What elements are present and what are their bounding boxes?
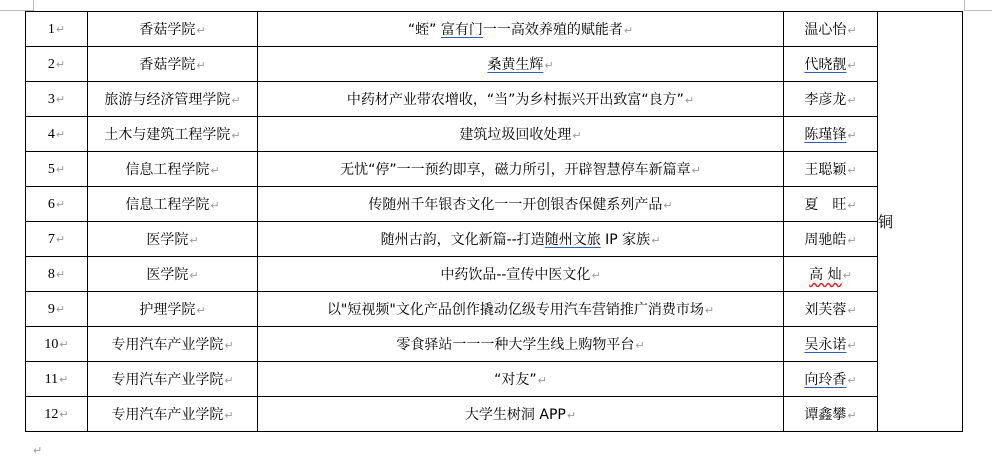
paragraph-mark-icon: ↵ <box>56 198 65 211</box>
paragraph-mark-icon: ↵ <box>33 444 42 457</box>
paragraph-mark-icon: ↵ <box>538 374 547 387</box>
table-row: 1↵香菇学院↵“蛭” 富有门一一高效养殖的赋能者↵温心怡↵铜 奖↵ <box>26 12 963 47</box>
paragraph-mark-icon: ↵ <box>56 93 65 106</box>
row-number: 12 <box>44 407 58 422</box>
student-name: 陈瑾锋 <box>804 127 846 143</box>
paragraph-mark-icon: ↵ <box>847 374 856 387</box>
paragraph-mark-icon: ↵ <box>847 304 856 317</box>
cell-project[interactable]: 零食驿站一一一种大学生线上购物平台↵ <box>258 327 784 362</box>
cell-student[interactable]: 向玲香↵ <box>784 362 878 397</box>
cell-college[interactable]: 信息工程学院↵ <box>88 187 258 222</box>
project-title-underlined: 随州文旅 <box>545 232 601 248</box>
cell-college[interactable]: 旅游与经济管理学院↵ <box>88 82 258 117</box>
cell-college[interactable]: 香菇学院↵ <box>88 12 258 47</box>
page-margin-corner-top-right <box>964 0 992 11</box>
cell-project[interactable]: “对友”↵ <box>258 362 784 397</box>
student-name: 周驰皓 <box>804 232 846 248</box>
cell-student[interactable]: 代晓靓↵ <box>784 47 878 82</box>
table-row: 5↵信息工程学院↵无忧“停”一一预约即享，磁力所引，开辟智慧停车新篇章↵王聪颖↵ <box>26 152 963 187</box>
cell-number[interactable]: 11↵ <box>26 362 88 397</box>
project-title: 建筑垃圾回收处理 <box>459 127 571 143</box>
row-number: 2 <box>48 57 55 72</box>
student-name: 夏 旺 <box>804 197 846 213</box>
college-name: 护理学院 <box>139 302 195 318</box>
college-name: 医学院 <box>146 267 188 283</box>
cell-student[interactable]: 高 灿↵ <box>784 257 878 292</box>
project-title-suffix: 一一高效养殖的赋能者 <box>483 22 623 38</box>
row-number: 10 <box>44 337 58 352</box>
paragraph-mark-icon: ↵ <box>847 409 856 422</box>
paragraph-mark-icon: ↵ <box>224 374 233 387</box>
cell-student[interactable]: 周驰皓↵ <box>784 222 878 257</box>
paragraph-mark-icon: ↵ <box>210 164 219 177</box>
cell-project[interactable]: 随州古韵，文化新篇--打造随州文旅 IP 家族↵ <box>258 222 784 257</box>
paragraph-mark-icon: ↵ <box>847 94 856 107</box>
student-name: 温心怡 <box>804 22 846 38</box>
paragraph-mark-icon: ↵ <box>189 269 198 282</box>
table-row: 4↵土木与建筑工程学院↵建筑垃圾回收处理↵陈瑾锋↵ <box>26 117 963 152</box>
cell-project[interactable]: 大学生树洞 APP↵ <box>258 397 784 432</box>
paragraph-mark-icon: ↵ <box>685 94 694 107</box>
cell-college[interactable]: 医学院↵ <box>88 222 258 257</box>
student-name: 代晓靓 <box>804 57 846 73</box>
paragraph-mark-icon: ↵ <box>224 409 233 422</box>
cell-project[interactable]: 桑黄生辉↵ <box>258 47 784 82</box>
cell-number[interactable]: 8↵ <box>26 257 88 292</box>
cell-number[interactable]: 1↵ <box>26 12 88 47</box>
project-title: 零食驿站一一一种大学生线上购物平台 <box>396 337 634 353</box>
cell-number[interactable]: 7↵ <box>26 222 88 257</box>
cell-number[interactable]: 4↵ <box>26 117 88 152</box>
project-title: 大学生树洞 APP <box>465 407 566 423</box>
cell-college[interactable]: 专用汽车产业学院↵ <box>88 362 258 397</box>
paragraph-mark-icon: ↵ <box>56 23 65 36</box>
cell-college[interactable]: 专用汽车产业学院↵ <box>88 327 258 362</box>
table-row: 7↵医学院↵随州古韵，文化新篇--打造随州文旅 IP 家族↵周驰皓↵ <box>26 222 963 257</box>
paragraph-mark-icon: ↵ <box>56 303 65 316</box>
cell-project[interactable]: “蛭” 富有门一一高效养殖的赋能者↵ <box>258 12 784 47</box>
student-name: 刘芙蓉 <box>804 302 846 318</box>
paragraph-mark-icon: ↵ <box>624 24 633 37</box>
table-row: 3↵旅游与经济管理学院↵中药材产业带农增收，“当”为乡村振兴开出致富“良方”↵李… <box>26 82 963 117</box>
college-name: 医学院 <box>146 232 188 248</box>
cell-number[interactable]: 12↵ <box>26 397 88 432</box>
table-row: 9↵护理学院↵以"短视频"文化产品创作撬动亿级专用汽车营销推广消费市场↵刘芙蓉↵ <box>26 292 963 327</box>
cell-college[interactable]: 医学院↵ <box>88 257 258 292</box>
paragraph-mark-icon: ↵ <box>59 338 68 351</box>
college-name: 信息工程学院 <box>125 197 209 213</box>
paragraph-mark-icon: ↵ <box>59 408 68 421</box>
paragraph-mark-icon: ↵ <box>231 129 240 142</box>
cell-number[interactable]: 10↵ <box>26 327 88 362</box>
paragraph-mark-icon: ↵ <box>847 24 856 37</box>
paragraph-mark-icon: ↵ <box>847 199 856 212</box>
cell-student[interactable]: 王聪颖↵ <box>784 152 878 187</box>
college-name: 专用汽车产业学院 <box>111 407 223 423</box>
cell-student[interactable]: 李彦龙↵ <box>784 82 878 117</box>
cell-student[interactable]: 吴永诺↵ <box>784 327 878 362</box>
paragraph-mark-icon: ↵ <box>843 269 852 282</box>
paragraph-mark-icon: ↵ <box>56 163 65 176</box>
cell-college[interactable]: 土木与建筑工程学院↵ <box>88 117 258 152</box>
cell-project[interactable]: 建筑垃圾回收处理↵ <box>258 117 784 152</box>
row-number: 6 <box>48 197 55 212</box>
award-level: 铜 奖 <box>878 213 963 231</box>
cell-number[interactable]: 5↵ <box>26 152 88 187</box>
cell-number[interactable]: 3↵ <box>26 82 88 117</box>
cell-project[interactable]: 无忧“停”一一预约即享，磁力所引，开辟智慧停车新篇章↵ <box>258 152 784 187</box>
paragraph-mark-icon: ↵ <box>196 304 205 317</box>
paragraph-mark-icon: ↵ <box>56 268 65 281</box>
cell-project[interactable]: 中药材产业带农增收，“当”为乡村振兴开出致富“良方”↵ <box>258 82 784 117</box>
project-title: “蛭” <box>408 22 441 38</box>
college-name: 香菇学院 <box>139 22 195 38</box>
paragraph-mark-icon: ↵ <box>692 164 701 177</box>
student-name: 吴永诺 <box>804 337 846 353</box>
paragraph-mark-icon: ↵ <box>847 164 856 177</box>
cell-college[interactable]: 护理学院↵ <box>88 292 258 327</box>
paragraph-mark-icon: ↵ <box>231 94 240 107</box>
project-title-underlined: 桑黄生辉 <box>487 57 543 73</box>
project-title: “对友” <box>494 372 537 388</box>
award-table: 1↵香菇学院↵“蛭” 富有门一一高效养殖的赋能者↵温心怡↵铜 奖↵2↵香菇学院↵… <box>25 11 963 432</box>
paragraph-mark-icon: ↵ <box>59 373 68 386</box>
cell-number[interactable]: 9↵ <box>26 292 88 327</box>
paragraph-mark-icon: ↵ <box>210 199 219 212</box>
paragraph-mark-icon: ↵ <box>847 234 856 247</box>
student-name: 向玲香 <box>804 372 846 388</box>
cell-project[interactable]: 中药饮品--宣传中医文化↵ <box>258 257 784 292</box>
row-number: 5 <box>48 162 55 177</box>
row-number: 7 <box>48 232 55 247</box>
paragraph-mark-icon: ↵ <box>847 59 856 72</box>
paragraph-mark-icon: ↵ <box>56 233 65 246</box>
project-title: 随州古韵，文化新篇--打造 <box>381 232 545 248</box>
table-row: 12↵专用汽车产业学院↵大学生树洞 APP↵谭鑫攀↵ <box>26 397 963 432</box>
paragraph-mark-icon: ↵ <box>56 128 65 141</box>
cell-college[interactable]: 香菇学院↵ <box>88 47 258 82</box>
table-row: 11↵专用汽车产业学院↵“对友”↵向玲香↵ <box>26 362 963 397</box>
college-name: 香菇学院 <box>139 57 195 73</box>
cell-number[interactable]: 2↵ <box>26 47 88 82</box>
row-number: 4 <box>48 127 55 142</box>
paragraph-mark-icon: ↵ <box>196 24 205 37</box>
cell-student[interactable]: 刘芙蓉↵ <box>784 292 878 327</box>
row-number: 9 <box>48 302 55 317</box>
cell-student[interactable]: 夏 旺↵ <box>784 187 878 222</box>
row-number: 11 <box>45 372 58 387</box>
student-name: 李彦龙 <box>804 92 846 108</box>
paragraph-mark-icon: ↵ <box>224 339 233 352</box>
student-name: 高 灿 <box>809 267 841 283</box>
row-number: 3 <box>48 92 55 107</box>
table-row: 10↵专用汽车产业学院↵零食驿站一一一种大学生线上购物平台↵吴永诺↵ <box>26 327 963 362</box>
college-name: 专用汽车产业学院 <box>111 337 223 353</box>
award-table-body: 1↵香菇学院↵“蛭” 富有门一一高效养殖的赋能者↵温心怡↵铜 奖↵2↵香菇学院↵… <box>26 12 963 432</box>
page-margin-corner-top-left <box>0 0 34 11</box>
paragraph-mark-icon: ↵ <box>847 129 856 142</box>
paragraph-mark-icon: ↵ <box>663 199 672 212</box>
college-name: 信息工程学院 <box>125 162 209 178</box>
cell-student[interactable]: 温心怡↵ <box>784 12 878 47</box>
cell-project[interactable]: 传随州千年银杏文化一一开创银杏保健系列产品↵ <box>258 187 784 222</box>
table-row: 6↵信息工程学院↵传随州千年银杏文化一一开创银杏保健系列产品↵夏 旺↵ <box>26 187 963 222</box>
college-name: 专用汽车产业学院 <box>111 372 223 388</box>
paragraph-mark-icon: ↵ <box>196 59 205 72</box>
paragraph-mark-icon: ↵ <box>567 409 576 422</box>
cell-student[interactable]: 谭鑫攀↵ <box>784 397 878 432</box>
college-name: 土木与建筑工程学院 <box>104 127 230 143</box>
student-name: 王聪颖 <box>804 162 846 178</box>
paragraph-mark-icon: ↵ <box>705 304 714 317</box>
project-title: 无忧“停”一一预约即享，磁力所引，开辟智慧停车新篇章 <box>340 162 691 178</box>
table-row: 2↵香菇学院↵桑黄生辉↵代晓靓↵ <box>26 47 963 82</box>
row-number: 8 <box>48 267 55 282</box>
paragraph-mark-icon: ↵ <box>572 129 581 142</box>
project-title: 中药材产业带农增收，“当”为乡村振兴开出致富“良方” <box>347 92 684 108</box>
paragraph-mark-icon: ↵ <box>847 339 856 352</box>
student-name: 谭鑫攀 <box>804 407 846 423</box>
project-title-underlined: 富有门 <box>441 22 483 38</box>
paragraph-mark-icon: ↵ <box>651 234 660 247</box>
project-title: 传随州千年银杏文化一一开创银杏保健系列产品 <box>368 197 662 213</box>
college-name: 旅游与经济管理学院 <box>104 92 230 108</box>
cell-project[interactable]: 以"短视频"文化产品创作撬动亿级专用汽车营销推广消费市场↵ <box>258 292 784 327</box>
cell-award[interactable]: 铜 奖↵ <box>878 12 963 432</box>
project-title-suffix: IP 家族 <box>601 232 650 248</box>
row-number: 1 <box>48 22 55 37</box>
cell-college[interactable]: 专用汽车产业学院↵ <box>88 397 258 432</box>
cell-student[interactable]: 陈瑾锋↵ <box>784 117 878 152</box>
project-title: 以"短视频"文化产品创作撬动亿级专用汽车营销推广消费市场 <box>327 302 704 318</box>
paragraph-mark-icon: ↵ <box>189 234 198 247</box>
paragraph-mark-icon: ↵ <box>635 339 644 352</box>
paragraph-mark-icon: ↵ <box>591 269 600 282</box>
cell-college[interactable]: 信息工程学院↵ <box>88 152 258 187</box>
paragraph-mark-icon: ↵ <box>544 59 553 72</box>
project-title: 中药饮品--宣传中医文化 <box>440 267 590 283</box>
table-row: 8↵医学院↵中药饮品--宣传中医文化↵高 灿↵ <box>26 257 963 292</box>
cell-number[interactable]: 6↵ <box>26 187 88 222</box>
paragraph-mark-icon: ↵ <box>56 58 65 71</box>
